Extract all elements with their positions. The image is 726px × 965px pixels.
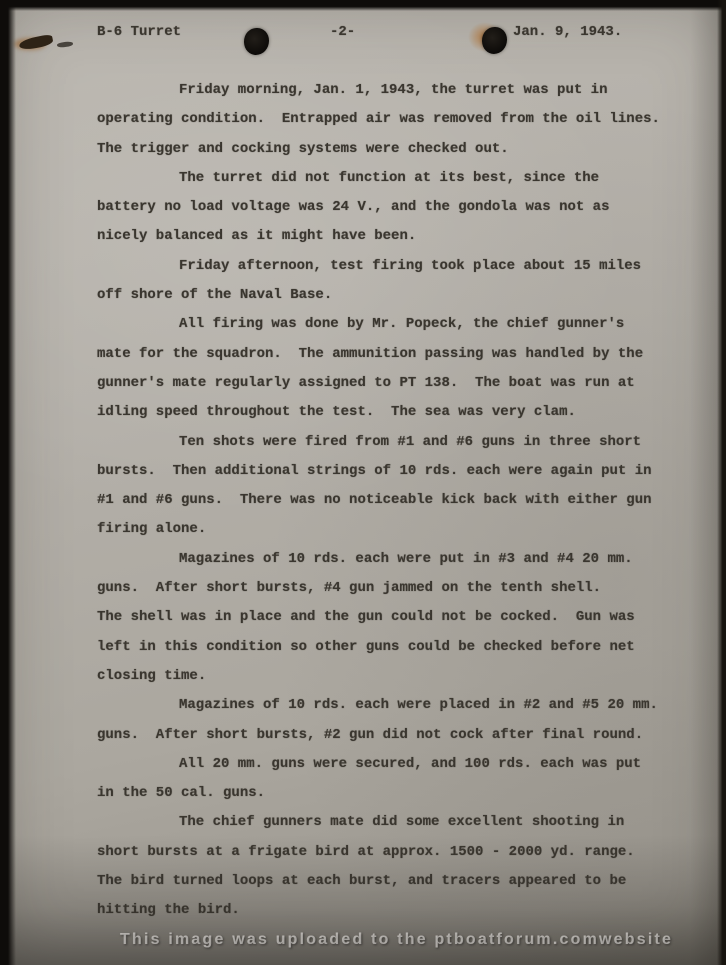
scan-edge-right [717, 0, 726, 965]
text-line: bursts. Then additional strings of 10 rd… [97, 457, 660, 486]
text-line: The shell was in place and the gun could… [97, 603, 660, 632]
page-number: -2- [330, 24, 355, 40]
text-line: Magazines of 10 rds. each were put in #3… [97, 545, 660, 574]
text-line: Magazines of 10 rds. each were placed in… [97, 691, 660, 720]
scan-edge-top [0, 0, 726, 11]
text-line: closing time. [97, 662, 660, 691]
hole-punch-right [482, 27, 507, 54]
text-line: The turret did not function at its best,… [97, 164, 660, 193]
text-line: off shore of the Naval Base. [97, 281, 660, 310]
text-line: battery no load voltage was 24 V., and t… [97, 193, 660, 222]
text-line: mate for the squadron. The ammunition pa… [97, 340, 660, 369]
text-line: in the 50 cal. guns. [97, 779, 660, 808]
text-line: idling speed throughout the test. The se… [97, 398, 660, 427]
text-line: operating condition. Entrapped air was r… [97, 105, 660, 134]
watermark: This image was uploaded to the ptboatfor… [120, 931, 673, 949]
text-line: All firing was done by Mr. Popeck, the c… [97, 310, 660, 339]
text-line: Friday afternoon, test firing took place… [97, 252, 660, 281]
text-line: guns. After short bursts, #4 gun jammed … [97, 574, 660, 603]
text-line: guns. After short bursts, #2 gun did not… [97, 721, 660, 750]
text-line: The chief gunners mate did some excellen… [97, 808, 660, 837]
text-line: nicely balanced as it might have been. [97, 222, 660, 251]
document-date: Jan. 9, 1943. [513, 24, 622, 40]
text-line: Ten shots were fired from #1 and #6 guns… [97, 428, 660, 457]
text-line: gunner's mate regularly assigned to PT 1… [97, 369, 660, 398]
text-line: left in this condition so other guns cou… [97, 633, 660, 662]
text-line: Friday morning, Jan. 1, 1943, the turret… [97, 76, 660, 105]
text-line: The trigger and cocking systems were che… [97, 135, 660, 164]
paper-shadow-right [690, 0, 720, 965]
ink-smudge-small [57, 41, 73, 48]
hole-punch-left [244, 28, 269, 55]
document-title: B-6 Turret [97, 24, 181, 40]
text-line: All 20 mm. guns were secured, and 100 rd… [97, 750, 660, 779]
text-line: firing alone. [97, 515, 660, 544]
document-body: Friday morning, Jan. 1, 1943, the turret… [97, 76, 660, 926]
document-page: B-6 Turret -2- Jan. 9, 1943. Friday morn… [0, 0, 726, 965]
scan-edge-left [0, 0, 16, 965]
text-line: #1 and #6 guns. There was no noticeable … [97, 486, 660, 515]
